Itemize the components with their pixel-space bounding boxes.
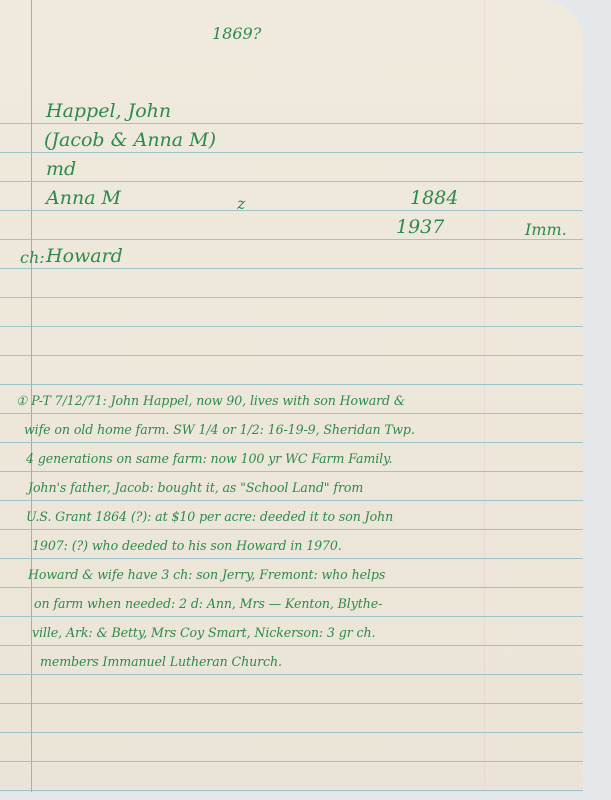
- ruled-line: [0, 529, 583, 530]
- ruled-line: [0, 442, 583, 443]
- paragraph-line-7: Howard & wife have 3 ch: son Jerry, Frem…: [28, 569, 385, 582]
- ruled-line: [0, 355, 583, 356]
- ruled-line: [0, 326, 583, 327]
- parents-names: (Jacob & Anna M): [44, 131, 216, 150]
- ruled-line: [0, 558, 583, 559]
- ruled-line: [0, 268, 583, 269]
- year-1937: 1937: [396, 218, 444, 237]
- ruled-line: [0, 413, 583, 414]
- married-label: md: [46, 160, 76, 179]
- paragraph-line-6: 1907: (?) who deeded to his son Howard i…: [32, 540, 342, 553]
- ruled-line: [0, 645, 583, 646]
- notebook-page: 1869? Happel, John (Jacob & Anna M) md A…: [0, 0, 583, 792]
- paragraph-line-9: ville, Ark: & Betty, Mrs Coy Smart, Nick…: [32, 627, 375, 640]
- person-name: Happel, John: [46, 102, 171, 121]
- ruled-line: [0, 181, 583, 182]
- ruled-line: [0, 123, 583, 124]
- ruled-line: [0, 239, 583, 240]
- year-note: 1869?: [212, 26, 261, 42]
- church-abbreviation: Imm.: [525, 222, 567, 238]
- paragraph-line-10: members Immanuel Lutheran Church.: [40, 656, 282, 669]
- spouse-marker: z: [237, 196, 245, 212]
- ruled-line: [0, 761, 583, 762]
- ruled-line: [0, 152, 583, 153]
- year-1884: 1884: [410, 189, 458, 208]
- ruled-line: [0, 703, 583, 704]
- paragraph-line-3: 4 generations on same farm: now 100 yr W…: [26, 453, 392, 466]
- ruled-line: [0, 471, 583, 472]
- ruled-line: [0, 616, 583, 617]
- ruled-line: [0, 210, 583, 211]
- child-name: Howard: [46, 247, 123, 266]
- spouse-name: Anna M: [46, 189, 121, 208]
- ruled-line: [0, 297, 583, 298]
- ruled-line: [0, 790, 583, 791]
- ruled-line: [0, 587, 583, 588]
- paragraph-line-4: John's father, Jacob: bought it, as "Sch…: [28, 482, 363, 495]
- paragraph-line-2: wife on old home farm. SW 1/4 or 1/2: 16…: [24, 424, 415, 437]
- ruled-line: [0, 732, 583, 733]
- paragraph-line-1: ① P-T 7/12/71: John Happel, now 90, live…: [16, 395, 405, 408]
- children-label: ch:: [20, 250, 45, 266]
- paragraph-line-5: U.S. Grant 1864 (?): at $10 per acre: de…: [26, 511, 393, 524]
- ruled-line: [0, 674, 583, 675]
- paragraph-line-8: on farm when needed: 2 d: Ann, Mrs — Ken…: [34, 598, 382, 611]
- ruled-line: [0, 500, 583, 501]
- ruled-line: [0, 384, 583, 385]
